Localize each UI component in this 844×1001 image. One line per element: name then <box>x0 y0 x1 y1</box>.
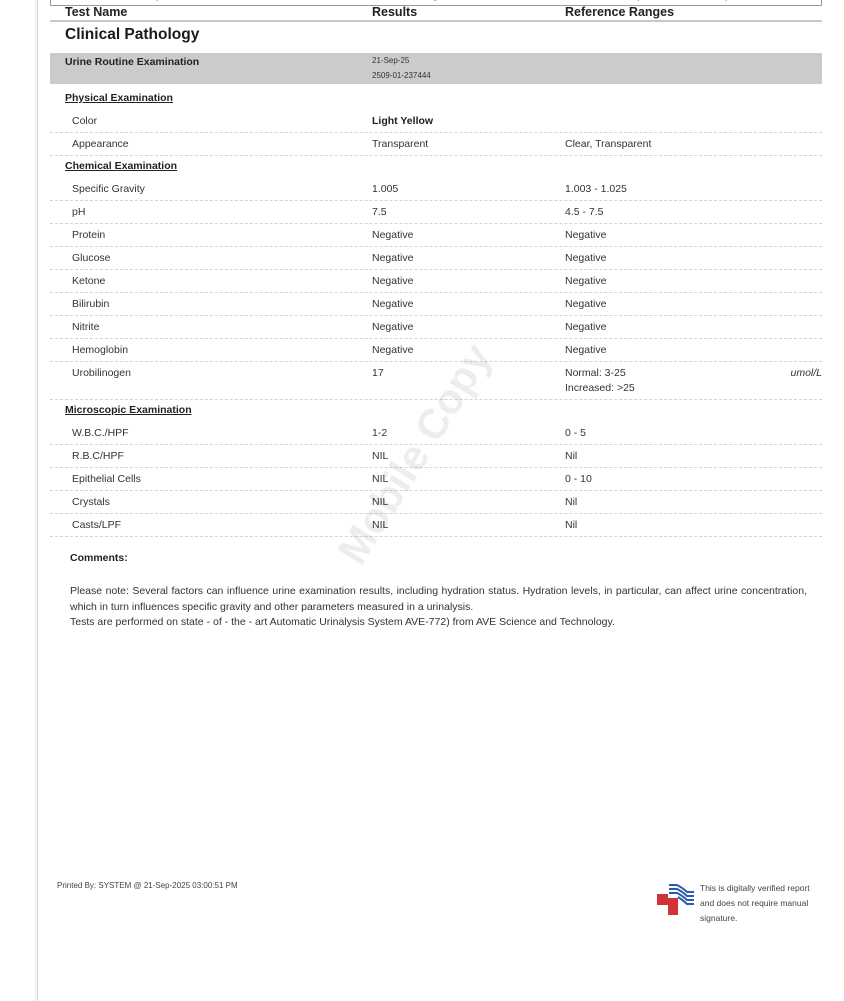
test-parameter: Crystals <box>72 496 110 508</box>
test-parameter: Bilirubin <box>72 298 109 310</box>
table-row: Urobilinogen17Normal: 3-25Increased: >25… <box>50 362 822 400</box>
table-row: CrystalsNILNil <box>50 491 822 514</box>
test-name: Urine Routine Examination <box>65 56 199 68</box>
verification-note: This is digitally verified report and do… <box>700 881 824 926</box>
comment-paragraph: Please note: Several factors can influen… <box>70 584 807 615</box>
col-test-name: Test Name <box>65 5 127 19</box>
test-parameter: Hemoglobin <box>72 344 128 356</box>
visit-date: Visit Date: 21-Sep-2025 11:01AM <box>66 0 244 1</box>
unit: umol/L <box>790 367 822 379</box>
table-row: W.B.C./HPF1-20 - 5 <box>50 422 822 445</box>
table-row: AppearanceTransparentClear, Transparent <box>50 133 822 156</box>
reference-range: Nil <box>565 519 577 531</box>
test-result: NIL <box>372 519 388 531</box>
table-row: pH7.54.5 - 7.5 <box>50 201 822 224</box>
printed-by: Printed By: SYSTEM @ 21-Sep-2025 03:00:5… <box>57 881 238 890</box>
reference-range: 4.5 - 7.5 <box>565 206 604 218</box>
test-parameter: Nitrite <box>72 321 99 333</box>
test-result: Negative <box>372 229 413 241</box>
table-row: NitriteNegativeNegative <box>50 316 822 339</box>
reference-range: Clear, Transparent <box>565 138 651 150</box>
comment-paragraph: Tests are performed on state - of - the … <box>70 615 807 631</box>
section-title: Microscopic Examination <box>50 400 822 422</box>
table-row: R.B.C/HPFNILNil <box>50 445 822 468</box>
test-parameter: Casts/LPF <box>72 519 121 531</box>
reference-range: Negative <box>565 229 606 241</box>
col-results: Results <box>372 5 417 19</box>
table-row: ColorLight Yellow <box>50 110 822 133</box>
reference-range: Negative <box>565 298 606 310</box>
test-parameter: pH <box>72 206 85 218</box>
test-result: NIL <box>372 473 388 485</box>
report-page: Visit Date: 21-Sep-2025 11:01AM Final Re… <box>37 0 844 1001</box>
column-header: Test Name Results Reference Ranges <box>50 5 822 22</box>
reference-range: Negative <box>565 275 606 287</box>
test-parameter: Appearance <box>72 138 129 150</box>
test-result: 7.5 <box>372 206 387 218</box>
reference-range: 1.003 - 1.025 <box>565 183 627 195</box>
table-row: Epithelial CellsNIL0 - 10 <box>50 468 822 491</box>
reference-range: 0 - 5 <box>565 427 586 439</box>
test-parameter: Epithelial Cells <box>72 473 141 485</box>
department-title: Clinical Pathology <box>65 26 199 44</box>
reference-range: Negative <box>565 321 606 333</box>
test-parameter: Urobilinogen <box>72 367 131 379</box>
reference-range: Negative <box>565 252 606 264</box>
test-result: Transparent <box>372 138 428 150</box>
test-parameter: Protein <box>72 229 105 241</box>
medical-cross-logo-icon <box>657 884 695 916</box>
section-title: Chemical Examination <box>50 156 822 178</box>
test-parameter: Ketone <box>72 275 105 287</box>
test-result: NIL <box>372 496 388 508</box>
reference-range: 0 - 10 <box>565 473 592 485</box>
table-row: BilirubinNegativeNegative <box>50 293 822 316</box>
test-result: Negative <box>372 275 413 287</box>
test-result: NIL <box>372 450 388 462</box>
test-result: Negative <box>372 298 413 310</box>
table-row: GlucoseNegativeNegative <box>50 247 822 270</box>
test-parameter: Glucose <box>72 252 111 264</box>
reference-range: Nil <box>565 496 577 508</box>
test-parameter: Specific Gravity <box>72 183 145 195</box>
table-row: HemoglobinNegativeNegative <box>50 339 822 362</box>
table-row: ProteinNegativeNegative <box>50 224 822 247</box>
test-result: Negative <box>372 252 413 264</box>
test-result: Light Yellow <box>372 115 433 127</box>
test-parameter: W.B.C./HPF <box>72 427 129 439</box>
test-parameter: Color <box>72 115 97 127</box>
test-result: Negative <box>372 321 413 333</box>
test-result: 17 <box>372 367 384 379</box>
test-result: 1.005 <box>372 183 398 195</box>
report-status: Final Report <box>387 0 457 1</box>
accession-number: 2509-01-237444 <box>372 71 431 80</box>
results-table: Physical ExaminationColorLight YellowApp… <box>50 88 822 537</box>
section-title: Physical Examination <box>50 88 822 110</box>
comments-title: Comments: <box>70 552 128 564</box>
test-date: 21-Sep-25 <box>372 56 409 65</box>
comments-body: Please note: Several factors can influen… <box>70 584 807 631</box>
reference-range-extra: Increased: >25 <box>565 382 635 394</box>
table-row: Casts/LPFNILNil <box>50 514 822 537</box>
test-result: Negative <box>372 344 413 356</box>
table-row: KetoneNegativeNegative <box>50 270 822 293</box>
col-reference: Reference Ranges <box>565 5 674 19</box>
test-header-bar: Urine Routine Examination 21-Sep-25 2509… <box>50 53 822 84</box>
reference-range: Normal: 3-25 <box>565 367 626 379</box>
report-date: Report Date: 21-Sep-2025 1:31PM <box>622 0 807 1</box>
table-row: Specific Gravity1.0051.003 - 1.025 <box>50 178 822 201</box>
reference-range: Nil <box>565 450 577 462</box>
test-parameter: R.B.C/HPF <box>72 450 124 462</box>
reference-range: Negative <box>565 344 606 356</box>
test-result: 1-2 <box>372 427 387 439</box>
